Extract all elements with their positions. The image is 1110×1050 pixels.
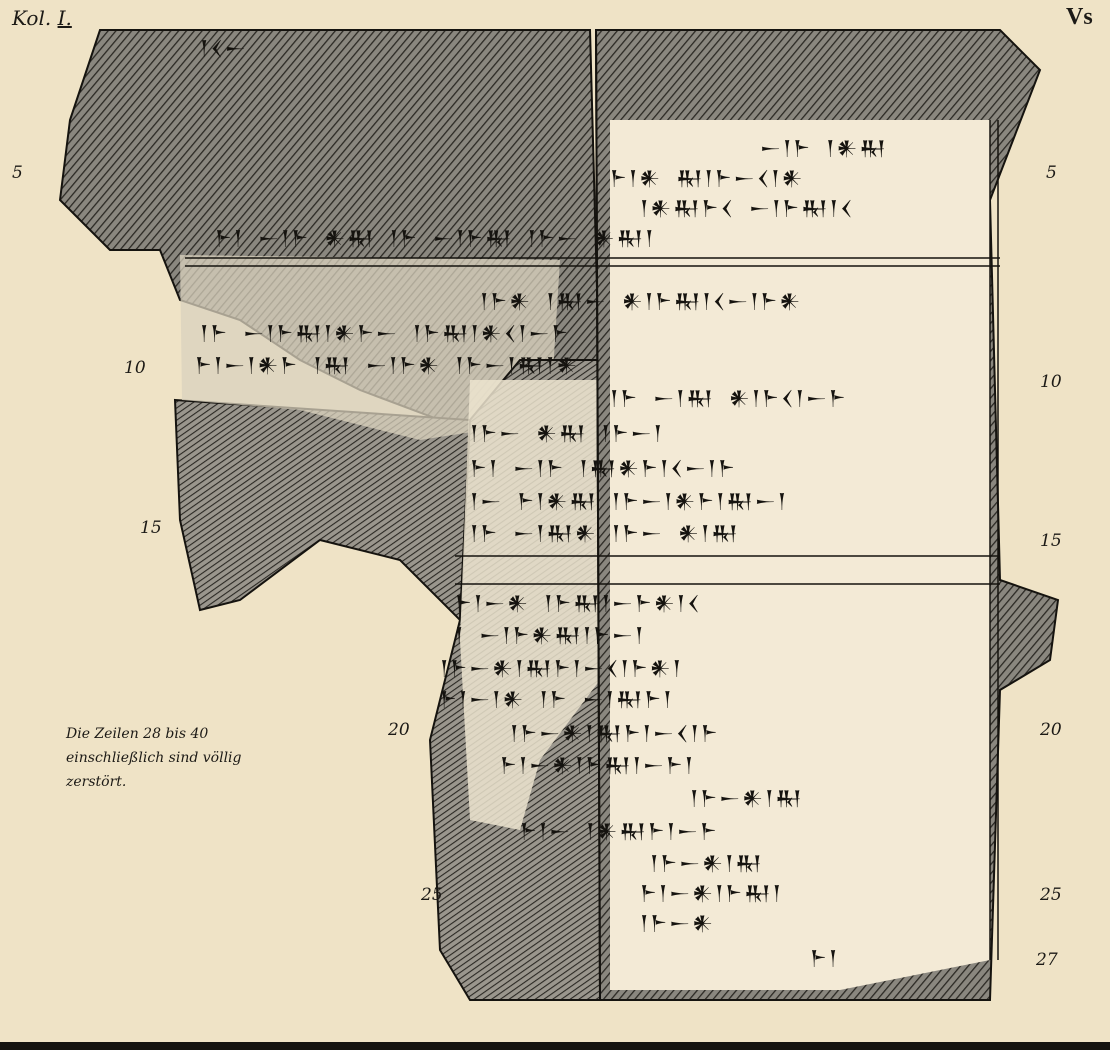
line-number-right-25: 25 bbox=[1040, 885, 1062, 905]
svg-text:𒈨𒁹 𒀸𒁹𒈨 𒀭𒊑 𒁹𒈨 𒀸𒁹𒈨𒊑: 𒈨𒁹 𒀸𒁹𒈨 𒀭𒊑 𒁹𒈨 𒀸𒁹𒈨𒊑 𒁹𒈨𒀸 𒀭𒊑𒁹 bbox=[215, 226, 655, 250]
scan-edge bbox=[0, 1042, 1110, 1050]
svg-text:𒀸𒁹𒈨 𒁹𒀭𒊑: 𒀸𒁹𒈨 𒁹𒀭𒊑 bbox=[760, 136, 888, 160]
svg-text:𒈨𒁹𒀸𒀭 𒁹𒈨𒊑𒁹𒀸𒈨𒀭𒁹𒌋: 𒈨𒁹𒀸𒀭 𒁹𒈨𒊑𒁹𒀸𒈨𒀭𒁹𒌋 bbox=[455, 591, 702, 615]
line-number-right-10: 10 bbox=[1040, 372, 1062, 392]
svg-text:𒈨𒁹𒀸𒁹𒀭𒈨 𒁹𒊑 𒀸𒁹𒈨𒀭 𒁹�: 𒈨𒁹𒀸𒁹𒀭𒈨 𒁹𒊑 𒀸𒁹𒈨𒀭 𒁹𒈨𒀸𒁹𒊑𒁹𒀭 bbox=[195, 353, 579, 377]
svg-text:𒈨𒁹 𒀸𒁹𒈨 𒁹𒊑𒀭𒈨𒁹𒌋𒀸𒁹𒈨: 𒈨𒁹 𒀸𒁹𒈨 𒁹𒊑𒀭𒈨𒁹𒌋𒀸𒁹𒈨 bbox=[470, 456, 737, 480]
svg-text:𒁹𒈨𒀸𒀭: 𒁹𒈨𒀸𒀭 bbox=[640, 911, 715, 935]
svg-text:𒁹𒈨 𒀸𒁹𒊑𒀭 𒁹𒈨𒀸 𒀭𒁹𒊑: 𒁹𒈨 𒀸𒁹𒊑𒀭 𒁹𒈨𒀸 𒀭𒁹𒊑 bbox=[470, 521, 740, 545]
svg-text:𒈨𒁹: 𒈨𒁹 bbox=[810, 946, 839, 970]
line-number-right-27: 27 bbox=[1036, 950, 1058, 970]
line-number-right-15: 15 bbox=[1040, 531, 1062, 551]
svg-text:𒁹𒈨𒀭 𒁹𒊑𒀸 𒀭𒁹𒈨𒊑𒁹𒌋𒀸𒁹: 𒁹𒈨𒀭 𒁹𒊑𒀸 𒀭𒁹𒈨𒊑𒁹𒌋𒀸𒁹𒈨𒀭 bbox=[480, 289, 802, 313]
svg-text:𒁹𒌋𒀸: 𒁹𒌋𒀸 bbox=[200, 36, 248, 60]
svg-text:𒁹𒈨𒀸𒀭𒁹𒊑: 𒁹𒈨𒀸𒀭𒁹𒊑 bbox=[650, 851, 764, 875]
svg-text:𒁹𒈨𒀸𒀭𒁹𒊑: 𒁹𒈨𒀸𒀭𒁹𒊑 bbox=[690, 786, 804, 810]
obverse-label: Vs bbox=[1066, 4, 1093, 31]
line-number-left-25: 25 bbox=[421, 885, 443, 905]
line-number-right-20: 20 bbox=[1040, 720, 1062, 740]
line-number-left-5: 5 bbox=[12, 163, 23, 183]
line-number-right-5: 5 bbox=[1046, 163, 1057, 183]
svg-text:𒈨𒁹𒀸𒀭𒁹𒈨𒊑𒁹: 𒈨𒁹𒀸𒀭𒁹𒈨𒊑𒁹 bbox=[640, 881, 783, 905]
svg-text:𒁹 𒀸𒁹𒈨𒀭𒊑𒁹𒈨𒀸𒁹: 𒁹 𒀸𒁹𒈨𒀭𒊑𒁹𒈨𒀸𒁹 bbox=[455, 623, 645, 647]
line-number-left-20: 20 bbox=[388, 720, 410, 740]
document-page: 𒁹𒌋𒀸 𒀸𒁹𒈨 𒁹𒀭𒊑 𒈨𒁹𒀭 𒊑𒁹𒈨𒀸𒌋𒁹𒀭 𒁹𒀭𒊑𒈨𒌋 𒀸𒁹𒈨𒊑𒁹𒌋 𒈨𒁹 … bbox=[0, 0, 1110, 1042]
destroyed-lines-note: Die Zeilen 28 bis 40 einschließlich sind… bbox=[66, 722, 306, 794]
svg-text:𒁹𒈨𒀸𒀭𒁹𒊑𒈨𒁹𒀸𒌋𒁹𒈨: 𒁹𒈨𒀸𒀭𒁹𒊑𒈨𒁹𒀸𒌋𒁹𒈨 bbox=[510, 721, 720, 745]
column-label-prefix: Kol. bbox=[12, 6, 58, 30]
svg-text:𒁹𒈨𒀸𒀭𒁹𒊑𒈨𒁹𒀸𒌋𒁹𒈨𒀭𒁹: 𒁹𒈨𒀸𒀭𒁹𒊑𒈨𒁹𒀸𒌋𒁹𒈨𒀭𒁹 bbox=[440, 656, 683, 680]
column-label-numeral: I. bbox=[58, 6, 72, 30]
svg-text:𒁹𒈨𒀸 𒀭𒊑 𒁹𒈨𒀸𒁹: 𒁹𒈨𒀸 𒀭𒊑 𒁹𒈨𒀸𒁹 bbox=[470, 421, 664, 445]
tablet-drawing: 𒁹𒌋𒀸 𒀸𒁹𒈨 𒁹𒀭𒊑 𒈨𒁹𒀭 𒊑𒁹𒈨𒀸𒌋𒁹𒀭 𒁹𒀭𒊑𒈨𒌋 𒀸𒁹𒈨𒊑𒁹𒌋 𒈨𒁹 … bbox=[0, 0, 1110, 1042]
svg-text:𒈨𒁹𒀭 𒊑𒁹𒈨𒀸𒌋𒁹𒀭: 𒈨𒁹𒀭 𒊑𒁹𒈨𒀸𒌋𒁹𒀭 bbox=[610, 166, 805, 190]
svg-text:𒁹𒀭𒊑𒈨𒌋 𒀸𒁹𒈨𒊑𒁹𒌋: 𒁹𒀭𒊑𒈨𒌋 𒀸𒁹𒈨𒊑𒁹𒌋 bbox=[640, 196, 855, 220]
svg-text:𒁹𒈨 𒀸𒁹𒊑 𒀭𒁹𒈨𒌋𒁹𒀸𒈨: 𒁹𒈨 𒀸𒁹𒊑 𒀭𒁹𒈨𒌋𒁹𒀸𒈨 bbox=[610, 386, 848, 410]
column-label: Kol. I. bbox=[12, 6, 72, 30]
line-number-left-15: 15 bbox=[140, 518, 162, 538]
svg-text:𒈨𒁹𒀸 𒁹𒀭𒊑𒈨𒁹𒀸𒈨: 𒈨𒁹𒀸 𒁹𒀭𒊑𒈨𒁹𒀸𒈨 bbox=[520, 819, 719, 843]
svg-text:𒁹𒀸 𒈨𒁹𒀭𒊑 𒁹𒈨𒀸𒁹𒀭𒈨𒁹𒊑: 𒁹𒀸 𒈨𒁹𒀭𒊑 𒁹𒈨𒀸𒁹𒀭𒈨𒁹𒊑𒀸𒁹 bbox=[470, 489, 788, 513]
svg-text:𒁹𒈨 𒀸𒁹𒈨𒊑𒁹𒀭𒈨𒀸 𒁹𒈨𒊑𒁹: 𒁹𒈨 𒀸𒁹𒈨𒊑𒁹𒀭𒈨𒀸 𒁹𒈨𒊑𒁹𒀭𒌋𒁹𒀸𒈨 bbox=[200, 321, 570, 345]
svg-text:𒈨𒁹𒀸𒁹𒀭 𒁹𒈨 𒀸𒁹𒊑𒈨𒁹: 𒈨𒁹𒀸𒁹𒀭 𒁹𒈨 𒀸𒁹𒊑𒈨𒁹 bbox=[440, 687, 674, 711]
line-number-left-10: 10 bbox=[124, 358, 146, 378]
svg-text:𒈨𒁹𒀸𒀭𒁹𒈨𒊑𒁹𒀸𒈨𒁹: 𒈨𒁹𒀸𒀭𒁹𒈨𒊑𒁹𒀸𒈨𒁹 bbox=[500, 753, 695, 777]
